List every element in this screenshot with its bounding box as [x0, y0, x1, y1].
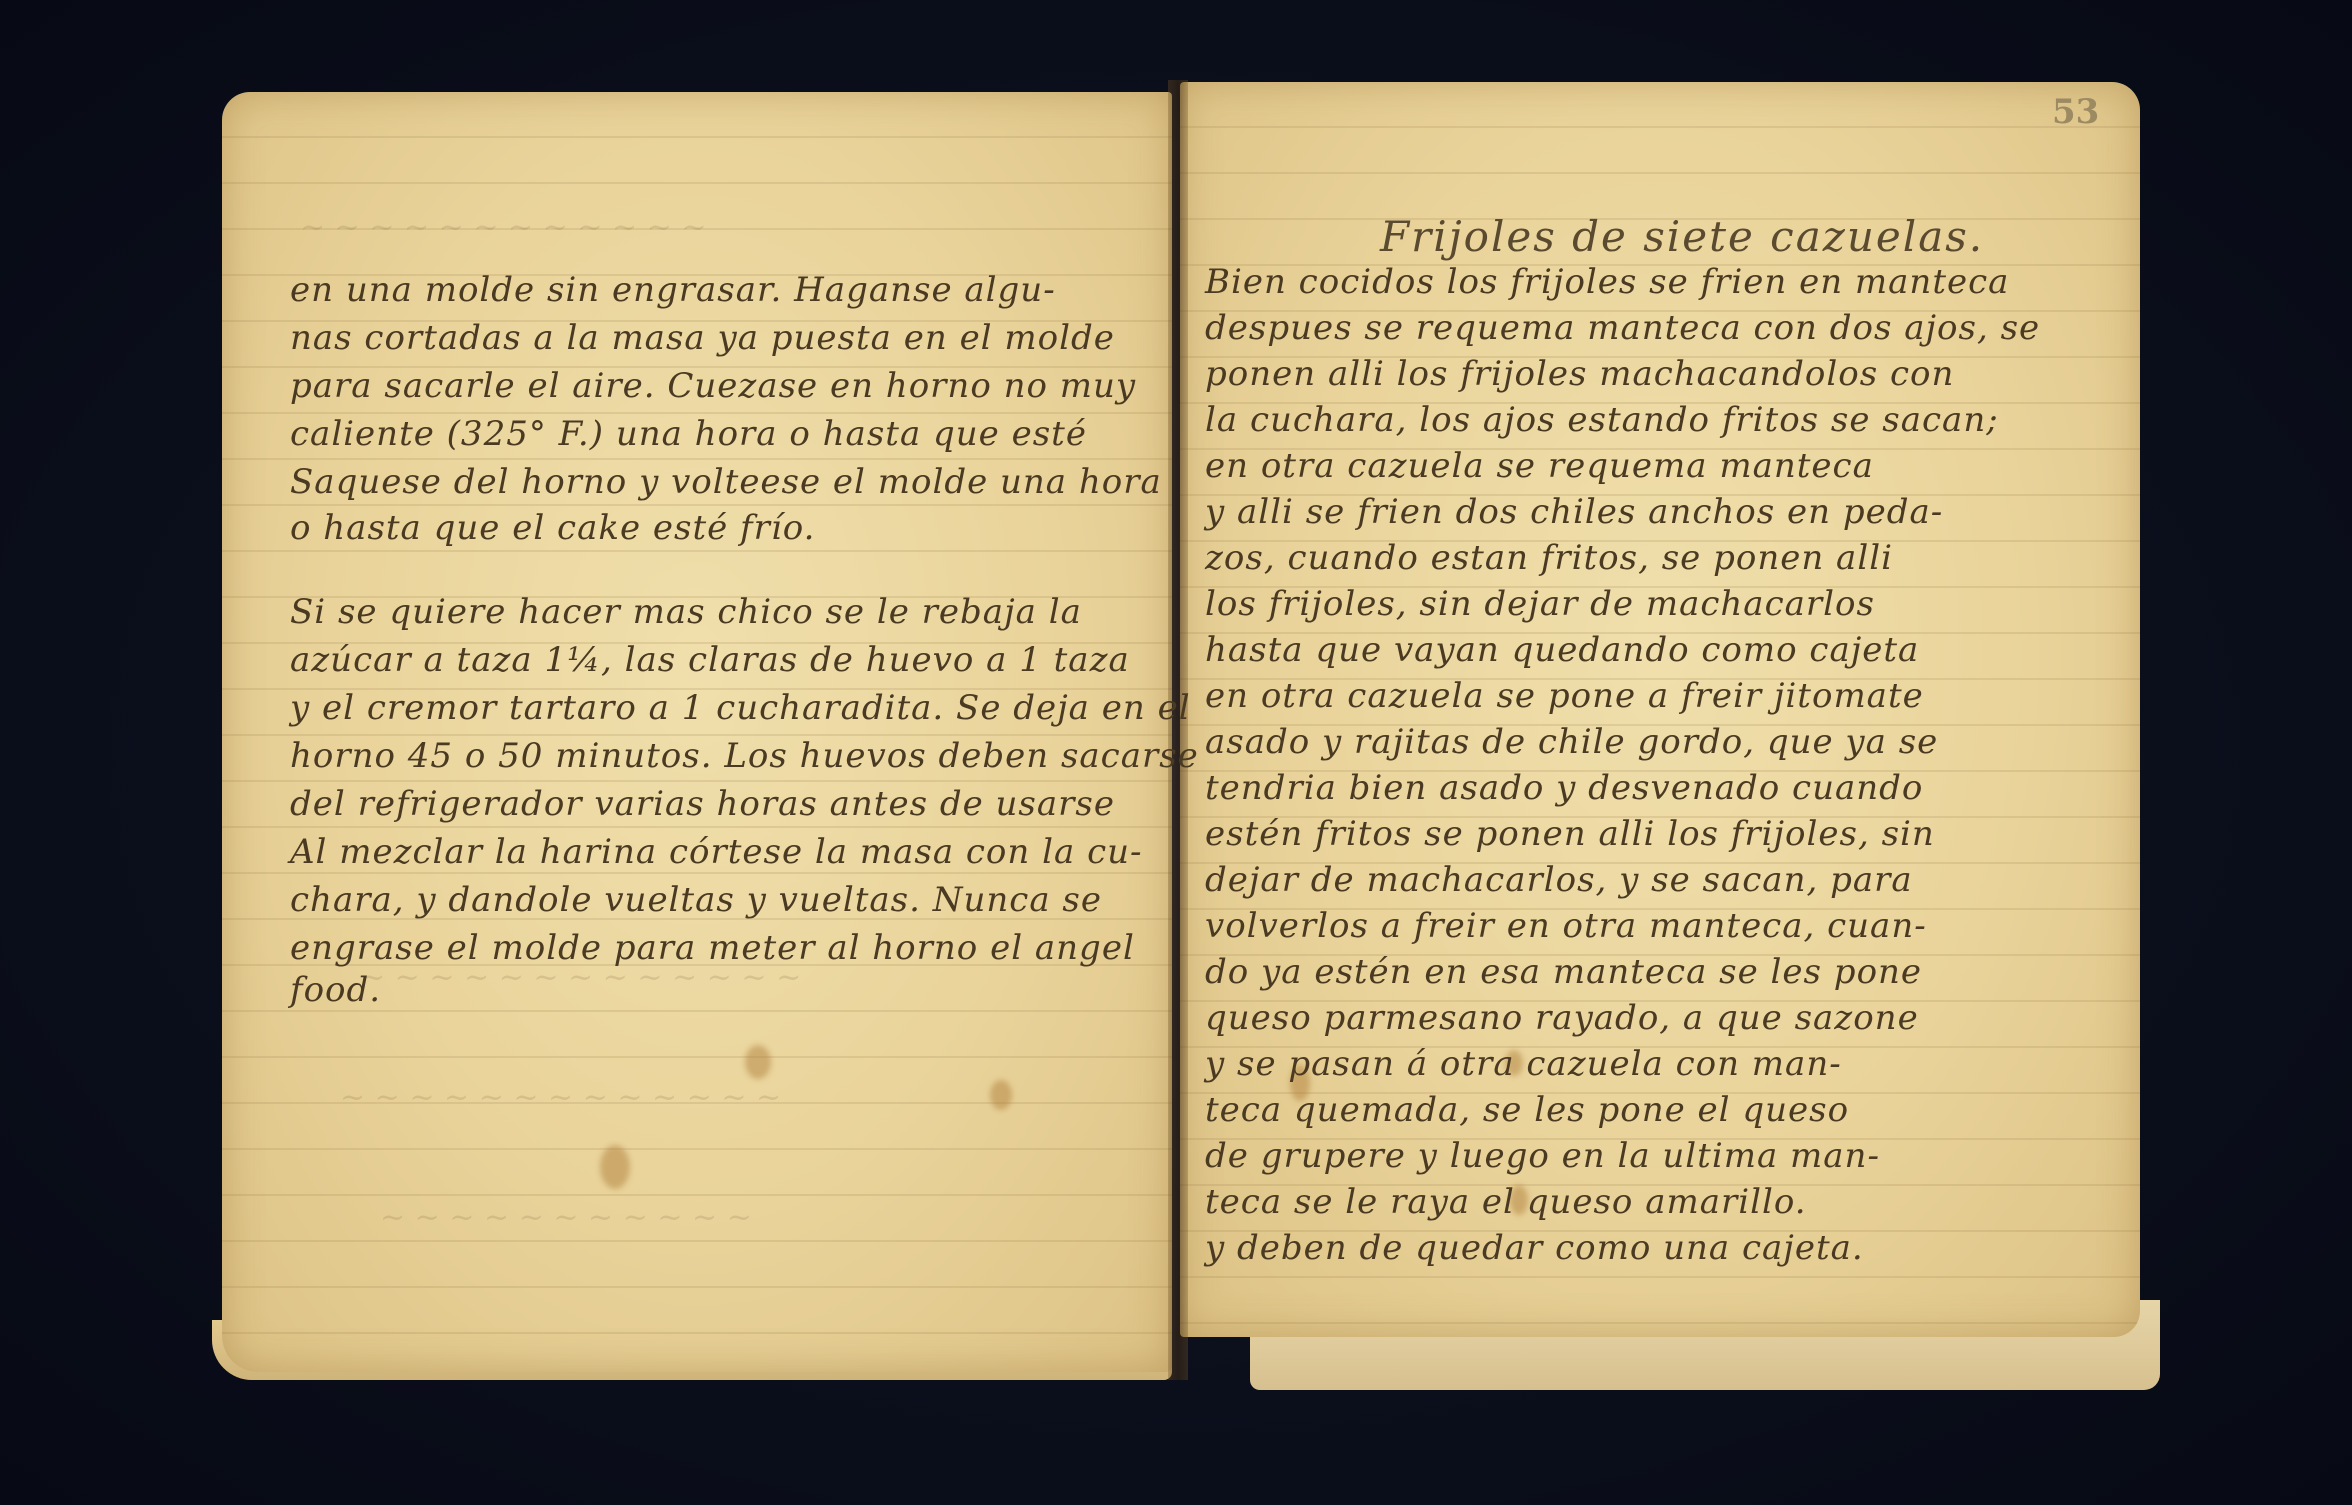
handwritten-line: nas cortadas a la masa ya puesta en el m… — [290, 318, 1115, 358]
handwritten-line: y se pasan á otra cazuela con man- — [1205, 1044, 1842, 1084]
handwritten-line: y deben de quedar como una cajeta. — [1205, 1228, 1864, 1268]
bleed-through-text: ~ ~ ~ ~ ~ ~ ~ ~ ~ ~ ~ — [380, 1200, 752, 1235]
handwritten-line: horno 45 o 50 minutos. Los huevos deben … — [290, 736, 1199, 776]
handwritten-line: despues se requema manteca con dos ajos,… — [1205, 308, 2040, 348]
handwritten-line: dejar de machacarlos, y se sacan, para — [1205, 860, 1913, 900]
paper-stain — [745, 1045, 771, 1079]
handwritten-line: la cuchara, los ajos estando fritos se s… — [1205, 400, 1999, 440]
handwritten-line: queso parmesano rayado, a que sazone — [1205, 998, 1919, 1038]
handwritten-line: volverlos a freir en otra manteca, cuan- — [1205, 906, 1927, 946]
handwritten-line: engrase el molde para meter al horno el … — [290, 928, 1135, 968]
handwritten-line: hasta que vayan quedando como cajeta — [1205, 630, 1919, 670]
book-gutter — [1168, 80, 1188, 1380]
handwritten-line: teca se le raya el queso amarillo. — [1205, 1182, 1807, 1222]
handwritten-line: o hasta que el cake esté frío. — [290, 508, 815, 548]
handwritten-line: tendria bien asado y desvenado cuando — [1205, 768, 1923, 808]
bleed-through-text: ~ ~ ~ ~ ~ ~ ~ ~ ~ ~ ~ ~ — [300, 210, 707, 245]
bleed-through-text: ~ ~ ~ ~ ~ ~ ~ ~ ~ ~ ~ ~ ~ — [340, 1080, 781, 1115]
handwritten-line: ponen alli los frijoles machacandolos co… — [1205, 354, 1954, 394]
handwritten-line: en otra cazuela se requema manteca — [1205, 446, 1874, 486]
handwritten-line: food. — [290, 970, 381, 1010]
handwritten-line: azúcar a taza 1¼, las claras de huevo a … — [290, 640, 1130, 680]
handwritten-line: teca quemada, se les pone el queso — [1205, 1090, 1849, 1130]
handwritten-line: Al mezclar la harina córtese la masa con… — [290, 832, 1143, 872]
handwritten-line: de grupere y luego en la ultima man- — [1205, 1136, 1880, 1176]
handwritten-line: Bien cocidos los frijoles se frien en ma… — [1205, 262, 2009, 302]
recipe-title: Frijoles de siete cazuelas. — [1380, 212, 1984, 261]
handwritten-line: en una molde sin engrasar. Haganse algu- — [290, 270, 1056, 310]
handwritten-line: estén fritos se ponen alli los frijoles,… — [1205, 814, 1935, 854]
handwritten-line: los frijoles, sin dejar de machacarlos — [1205, 584, 1875, 624]
handwritten-line: y el cremor tartaro a 1 cucharadita. Se … — [290, 688, 1191, 728]
handwritten-line: asado y rajitas de chile gordo, que ya s… — [1205, 722, 1938, 762]
handwritten-line: zos, cuando estan fritos, se ponen alli — [1205, 538, 1893, 578]
open-notebook: ~ ~ ~ ~ ~ ~ ~ ~ ~ ~ ~ ~ ~ ~ ~ ~ ~ ~ ~ ~ … — [0, 0, 2352, 1505]
handwritten-line: y alli se frien dos chiles anchos en ped… — [1205, 492, 1943, 532]
paper-stain — [990, 1080, 1012, 1110]
handwritten-line: del refrigerador varias horas antes de u… — [290, 784, 1115, 824]
handwritten-line: do ya estén en esa manteca se les pone — [1205, 952, 1922, 992]
handwritten-line: Si se quiere hacer mas chico se le rebaj… — [290, 592, 1082, 632]
handwritten-line: Saquese del horno y volteese el molde un… — [290, 462, 1162, 502]
handwritten-line: caliente (325° F.) una hora o hasta que … — [290, 414, 1087, 454]
handwritten-line: chara, y dandole vueltas y vueltas. Nunc… — [290, 880, 1102, 920]
page-number: 53 — [2052, 92, 2099, 132]
paper-stain — [600, 1145, 630, 1189]
handwritten-line: para sacarle el aire. Cuezase en horno n… — [290, 366, 1136, 406]
handwritten-line: en otra cazuela se pone a freir jitomate — [1205, 676, 1924, 716]
